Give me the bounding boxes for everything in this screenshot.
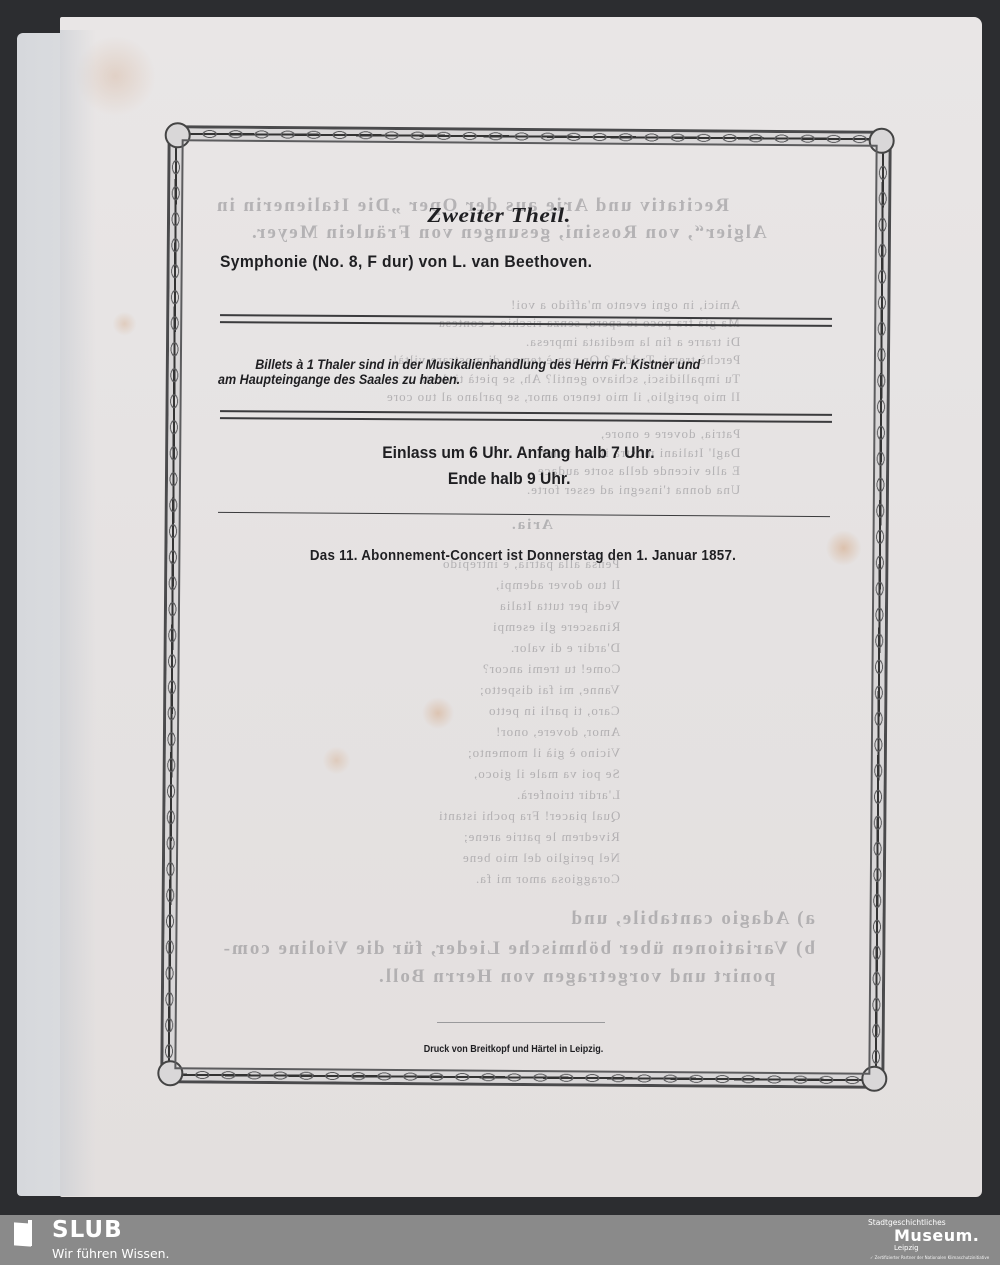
museum-logo[interactable]: Stadtgeschichtliches Museum. Leipzig ✓ Z… <box>850 1215 990 1265</box>
concert-times-line-2: Ende halb 9 Uhr. <box>58 466 960 492</box>
footer-bar: SLUB Wir führen Wissen. Stadtgeschichtli… <box>0 1215 1000 1265</box>
museum-certification: ✓ Zertifizierter Partner der Nationalen … <box>870 1255 989 1260</box>
slub-logo-text[interactable]: SLUB <box>52 1217 123 1243</box>
short-rule <box>437 1022 605 1023</box>
border-corner-ornament <box>861 1066 887 1092</box>
border-bottom <box>163 1069 881 1086</box>
section-title: Zweiter Theil. <box>0 203 999 228</box>
ticket-info-line-2: am Haupteingange des Saales zu haben. <box>218 372 700 387</box>
program-item: Symphonie (No. 8, F dur) von L. van Beet… <box>220 252 592 272</box>
border-left <box>163 128 181 1080</box>
concert-times: Einlass um 6 Uhr. Anfang halb 7 Uhr. End… <box>40 440 960 492</box>
border-top <box>171 128 889 145</box>
border-corner-ornament <box>869 128 895 154</box>
slub-tagline: Wir führen Wissen. <box>52 1246 170 1261</box>
section-title-text: Zweiter Theil. <box>427 203 571 228</box>
border-corner-ornament <box>157 1060 183 1086</box>
ticket-info-line-1: Billets à 1 Thaler sind in der Musikalie… <box>218 357 700 372</box>
next-concert-notice: Das 11. Abonnement-Concert ist Donnersta… <box>40 548 960 564</box>
concert-times-line-1: Einlass um 6 Uhr. Anfang halb 7 Uhr. <box>77 440 960 466</box>
ticket-info: Billets à 1 Thaler sind in der Musikalie… <box>218 357 700 387</box>
museum-logo-title: Museum. <box>894 1226 979 1245</box>
museum-logo-city: Leipzig <box>894 1244 919 1252</box>
printer-imprint-text: Druck von Breitkopf und Härtel in Leipzi… <box>424 1044 604 1055</box>
book-icon <box>14 1220 38 1246</box>
printer-imprint: Druck von Breitkopf und Härtel in Leipzi… <box>50 1044 950 1055</box>
next-concert-text: Das 11. Abonnement-Concert ist Donnersta… <box>310 548 736 564</box>
border-corner-ornament <box>165 122 191 148</box>
